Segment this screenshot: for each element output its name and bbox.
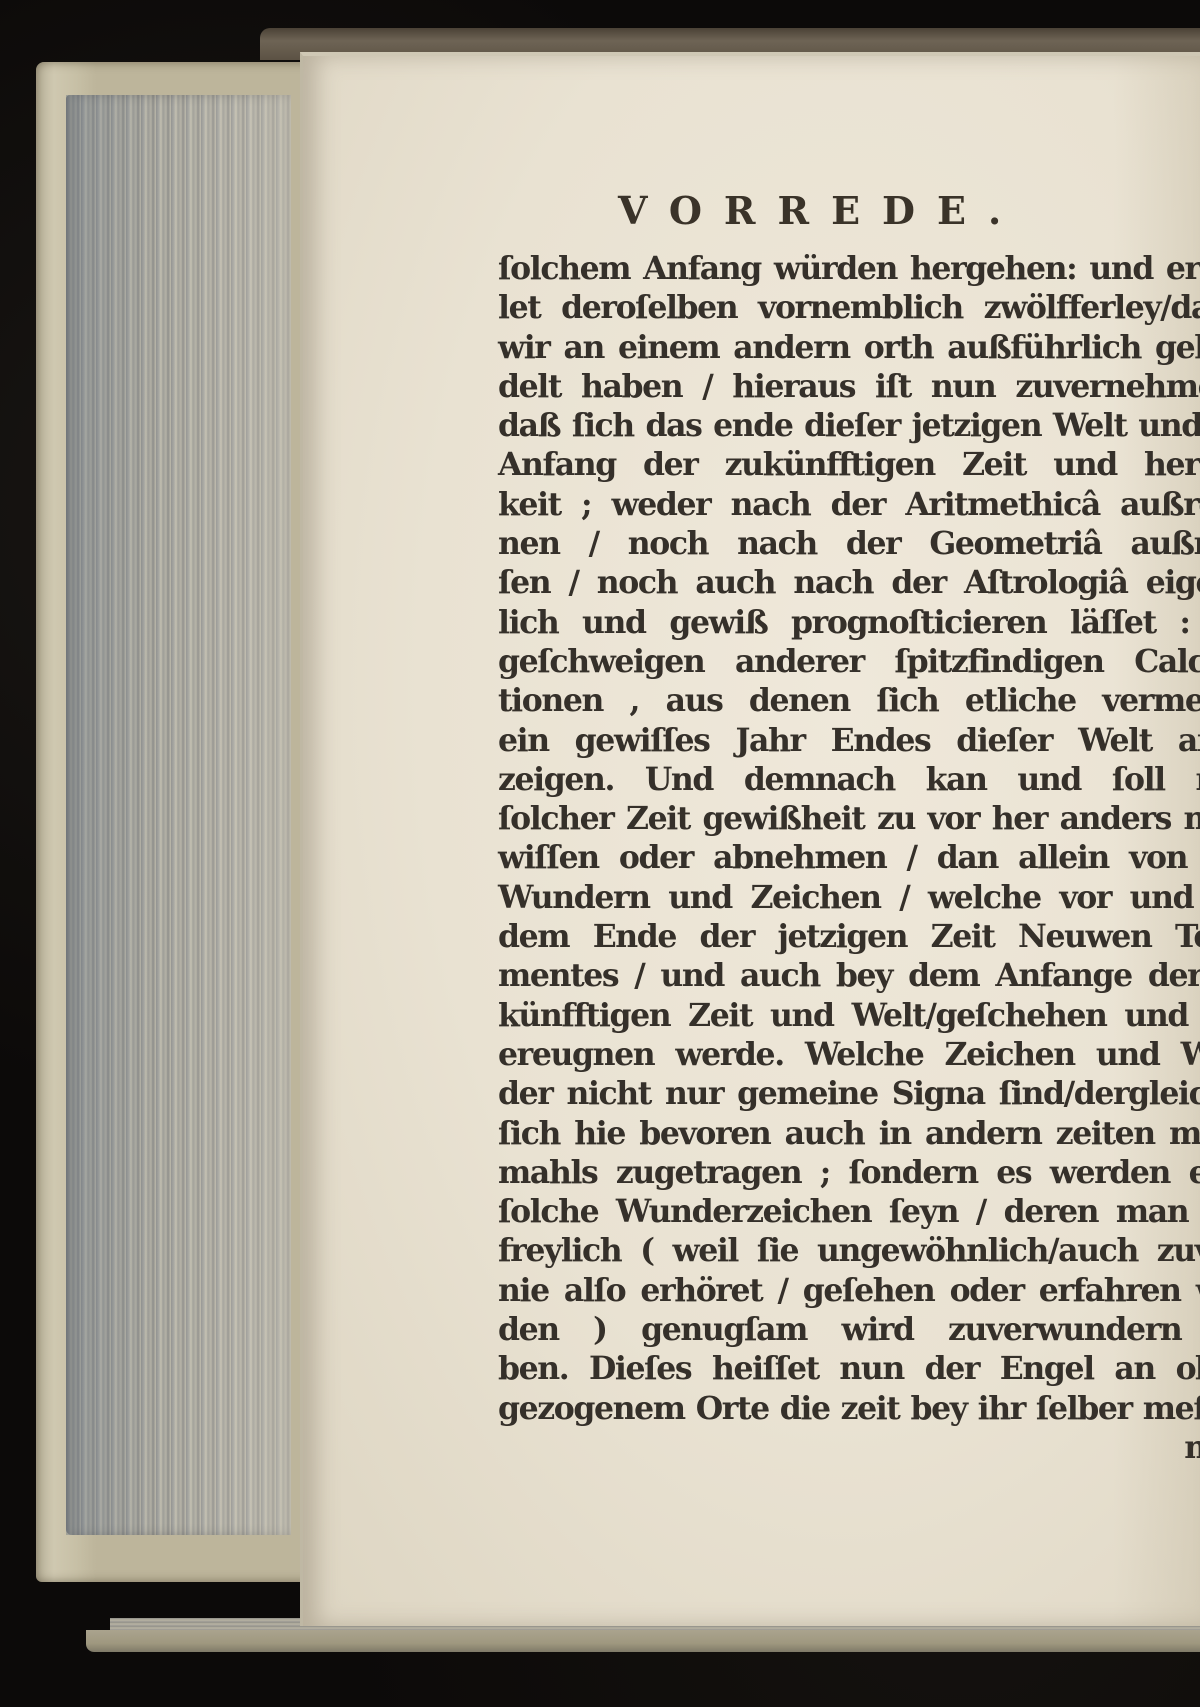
text-line: wir an einem andern orth außführlich geh… <box>498 328 1200 367</box>
text-line: freylich ( weil ſie ungewöhnlich/auch zu… <box>498 1231 1200 1270</box>
text-line: ein gewiſſes Jahr Endes dieſer Welt anzu… <box>498 721 1200 760</box>
text-line: Anfang der zukünfftigen Zeit und herrlig… <box>498 445 1200 484</box>
text-line: dem Ende der jetzigen Zeit Neuwen Teſta- <box>498 917 1200 956</box>
text-line: daß ſich das ende dieſer jetzigen Welt u… <box>498 406 1200 445</box>
text-line: ſolchem Anfang würden hergehen: und erze… <box>498 249 1200 288</box>
text-line: nen / noch nach der Geometriâ außmeſ- <box>498 524 1200 563</box>
text-line: ereugnen werde. Welche Zeichen und Wun- <box>498 1035 1200 1074</box>
text-line: Wundern und Zeichen / welche vor und bey <box>498 878 1200 917</box>
text-line: gezogenem Orte die zeit bey ihr ſelber m… <box>498 1389 1200 1428</box>
book-page: VORREDE. ſolchem Anfang würden hergehen:… <box>300 52 1200 1626</box>
text-line: delt haben / hieraus iſt nun zuvernehmen… <box>498 367 1200 406</box>
text-line: der nicht nur gemeine Signa ſind/derglei… <box>498 1074 1200 1113</box>
text-line: künfftigen Zeit und Welt/geſchehen und ſ… <box>498 996 1200 1035</box>
body-text: ſolchem Anfang würden hergehen: und erze… <box>498 249 1200 1467</box>
text-line: mentes / und auch bey dem Anfange der zu… <box>498 956 1200 995</box>
page-block-fore-edge <box>66 95 291 1535</box>
text-line: zeigen. Und demnach kan und ſoll man <box>498 760 1200 799</box>
text-line: let deroſelben vornemblich zwölfferley/d… <box>498 288 1200 327</box>
text-line: nie alſo erhöret / geſehen oder erfahren… <box>498 1271 1200 1310</box>
text-line: ben. Dieſes heiſſet nun der Engel an oba… <box>498 1349 1200 1388</box>
text-line: wiſſen oder abnehmen / dan allein von de… <box>498 838 1200 877</box>
catchword: nem- <box>498 1428 1200 1467</box>
text-line: ſolche Wunderzeichen ſeyn / deren man ſi… <box>498 1192 1200 1231</box>
vellum-cover-bottom <box>86 1630 1200 1652</box>
text-line: geſchweigen anderer ſpitzfindigen Calcul… <box>498 642 1200 681</box>
text-line: ſich hie bevoren auch in andern zeiten m… <box>498 1114 1200 1153</box>
text-line: tionen , aus denen ſich etliche vermeſſe… <box>498 681 1200 720</box>
running-head: VORREDE. <box>618 188 978 233</box>
text-line: mahls zugetragen ; ſondern es werden ebe… <box>498 1153 1200 1192</box>
text-line: ſolcher Zeit gewißheit zu vor her anders… <box>498 799 1200 838</box>
text-line: den ) genugſam wird zuverwundern ha- <box>498 1310 1200 1349</box>
text-line: keit ; weder nach der Aritmethicâ außrec… <box>498 485 1200 524</box>
text-line: lich und gewiß prognoſticieren läſſet : … <box>498 603 1200 642</box>
text-line: ſen / noch auch nach der Aſtrologiâ eige… <box>498 563 1200 602</box>
